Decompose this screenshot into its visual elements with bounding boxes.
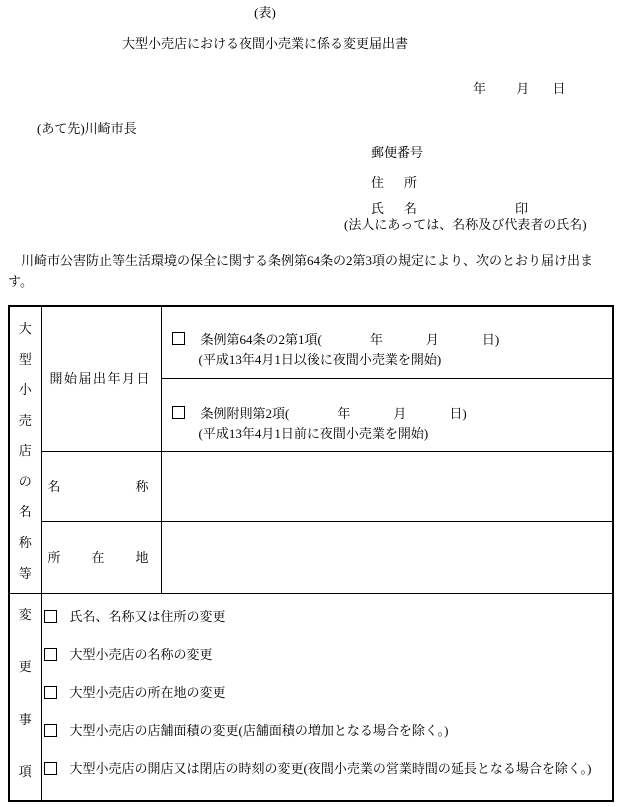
change-item-1-checkbox[interactable] — [44, 610, 57, 623]
change-item: 大型小売店の店舗面積の変更(店舗面積の増加となる場合を除く。) — [44, 722, 607, 740]
option-month-label: 月 — [393, 404, 406, 424]
change-item-3-text: 大型小売店の所在地の変更 — [70, 684, 226, 702]
seal-label: 印 — [515, 202, 528, 215]
form-title: 大型小売店における夜間小売業に係る変更届出書 — [0, 37, 530, 50]
change-item-5-checkbox[interactable] — [44, 762, 57, 775]
form-document: (表) 大型小売店における夜間小売業に係る変更届出書 年 月 日 (あて先)川崎… — [0, 0, 620, 807]
section-header-changes: 変更事項 — [9, 593, 41, 801]
change-item: 大型小売店の開店又は閉店の時刻の変更(夜間小売業の営業時間の延長となる場合を除く… — [44, 760, 607, 778]
day-label: 日 — [553, 82, 566, 95]
start-date-label-cell: 開始届出年月日 — [41, 306, 161, 451]
change-item-2-text: 大型小売店の名称の変更 — [70, 646, 213, 664]
store-location-label-cell: 所在地 — [41, 521, 161, 593]
change-item-3-checkbox[interactable] — [44, 686, 57, 699]
start-date-label: 開始届出年月日 — [42, 372, 161, 385]
store-name-value-cell[interactable] — [161, 451, 613, 521]
corporate-note: (法人にあっては、名称及び代表者の氏名) — [344, 218, 587, 231]
address-label: 住所 — [371, 176, 417, 189]
date-line: 年 月 日 — [473, 82, 566, 95]
change-item: 氏名、名称又は住所の変更 — [44, 608, 607, 626]
year-label: 年 — [473, 82, 486, 95]
start-option-1-note: (平成13年4月1日以後に夜間小売業を開始) — [199, 350, 609, 370]
option-day-label: 日 — [482, 330, 495, 350]
store-name-label-cell: 名称 — [41, 451, 161, 521]
addressee: (あて先)川崎市長 — [37, 122, 137, 135]
month-label: 月 — [516, 82, 529, 95]
change-item-1-text: 氏名、名称又は住所の変更 — [70, 608, 226, 626]
option-year-label: 年 — [370, 330, 383, 350]
form-table: 大型小売店の名称等 開始届出年月日 条例第64条の2第1項(年月日) (平成13… — [8, 305, 614, 802]
option-month-label: 月 — [426, 330, 439, 350]
store-location-value-cell[interactable] — [161, 521, 613, 593]
option-day-label: 日 — [449, 404, 462, 424]
start-option-1-checkbox[interactable] — [172, 332, 185, 345]
change-item-4-text: 大型小売店の店舗面積の変更(店舗面積の増加となる場合を除く。) — [70, 722, 449, 740]
start-option-2-note: (平成13年4月1日前に夜間小売業を開始) — [199, 424, 609, 444]
change-item: 大型小売店の所在地の変更 — [44, 684, 607, 702]
postal-code-label: 郵便番号 — [371, 146, 423, 159]
start-option-2-text: 条例附則第2項(年月日) — [201, 404, 467, 424]
start-option-1-text: 条例第64条の2第1項(年月日) — [201, 330, 500, 350]
option-year-label: 年 — [337, 404, 350, 424]
change-item-5-text: 大型小売店の開店又は閉店の時刻の変更(夜間小売業の営業時間の延長となる場合を除く… — [70, 760, 592, 778]
change-items-cell: 氏名、名称又は住所の変更 大型小売店の名称の変更 大型小売店の所在地の変更 大型… — [41, 593, 613, 801]
start-option-1-cell: 条例第64条の2第1項(年月日) (平成13年4月1日以後に夜間小売業を開始) — [161, 306, 613, 378]
intro-paragraph: 川崎市公害防止等生活環境の保全に関する条例第64条の2第3項の規定により、次のと… — [8, 250, 608, 292]
page-side-label: (表) — [0, 6, 530, 19]
store-name-label: 名称 — [42, 480, 161, 493]
section-header-store: 大型小売店の名称等 — [9, 306, 41, 593]
store-location-label: 所在地 — [42, 551, 161, 564]
change-item-4-checkbox[interactable] — [44, 724, 57, 737]
name-label: 氏名 — [371, 202, 417, 215]
start-option-2-cell: 条例附則第2項(年月日) (平成13年4月1日前に夜間小売業を開始) — [161, 378, 613, 451]
start-option-2-checkbox[interactable] — [172, 406, 185, 419]
change-item: 大型小売店の名称の変更 — [44, 646, 607, 664]
change-item-2-checkbox[interactable] — [44, 648, 57, 661]
